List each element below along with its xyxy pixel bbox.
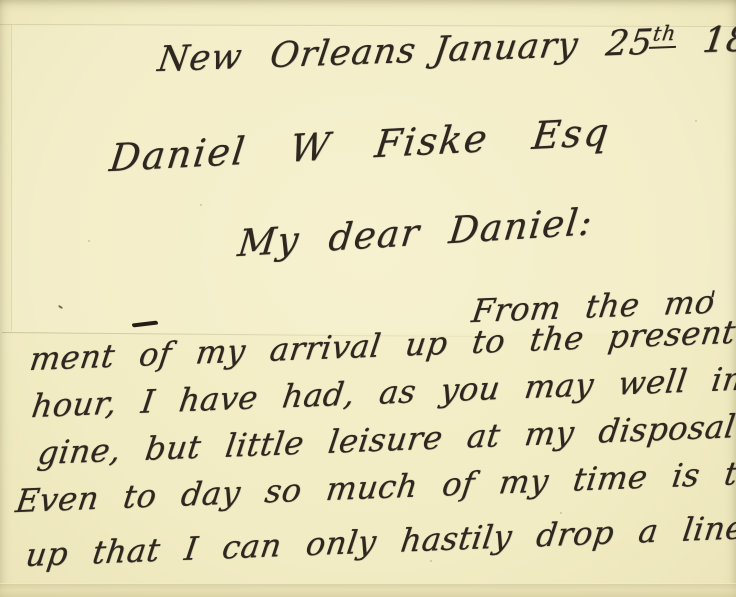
salutation-line: My dear Daniel:: [236, 200, 596, 265]
recipient-line: Daniel W Fiske Esq: [107, 110, 613, 181]
letter-page: New OrleansJanuary 25th1858 Daniel W Fis…: [0, 0, 736, 597]
paper-speck: [695, 120, 697, 122]
ink-fleck-mark: [58, 305, 63, 310]
dateline: New OrleansJanuary 25th1858: [155, 18, 736, 81]
body-line-6: up that I can only hastily drop a line: [23, 508, 736, 574]
paper-speck: [430, 560, 432, 562]
dateline-year: 1858: [700, 18, 736, 61]
ink-dash-mark: [132, 320, 158, 327]
dateline-monthday: January 25: [431, 23, 656, 71]
paper-speck: [560, 512, 562, 514]
bottom-page-edge: [0, 583, 736, 597]
dateline-place: New Orleans: [155, 31, 419, 80]
fold-crease-left: [11, 25, 12, 331]
dateline-day-suffix: th: [649, 21, 680, 49]
paper-speck: [88, 240, 90, 242]
paper-speck: [200, 204, 202, 206]
